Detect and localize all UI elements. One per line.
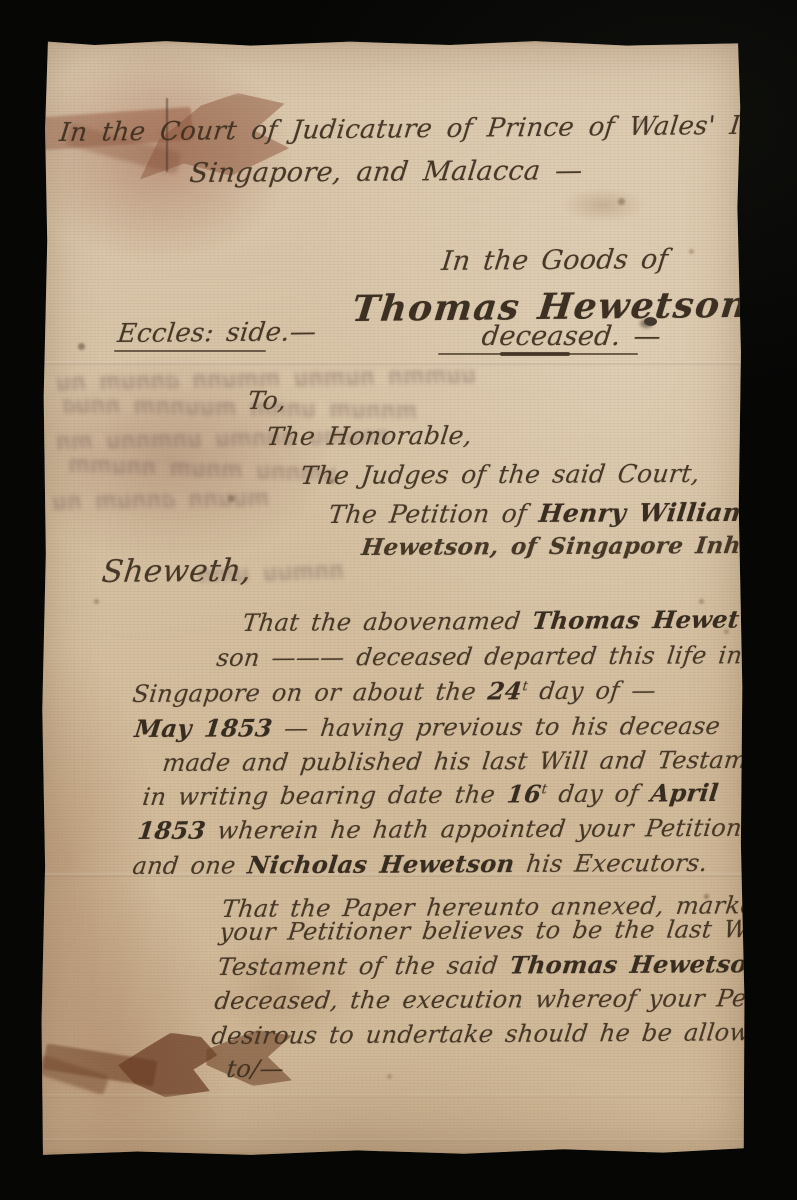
deceased-name-inline: Thomas Hewet (531, 605, 741, 635)
body-line: May 1853 — having previous to his deceas… (133, 711, 722, 743)
body-line: Testament of the said Thomas Hewetson (216, 949, 766, 981)
body-line: and one Nicholas Hewetson his Executors. (131, 848, 709, 880)
cause-title-deceased: deceased. — (480, 321, 663, 352)
body-text: day of — (526, 676, 658, 705)
date-year: 1853 (136, 816, 207, 845)
date-month-year: May 1853 (133, 713, 274, 743)
ribbon-stain-bottom-band (43, 1043, 158, 1086)
body-line: in writing bearing date the 16t day of A… (141, 778, 720, 811)
address-honorable: The Honorable, (265, 421, 474, 451)
date-month: April (649, 778, 720, 807)
court-heading-line2: Singapore, and Malacca — (188, 155, 584, 189)
cause-title-line1: In the Goods of (440, 244, 670, 277)
ribbon-stain-bottom-tail (37, 1055, 110, 1096)
show-through-line: umnnu mnum nnumm (68, 451, 338, 486)
body-text: That the abovenamed (241, 607, 534, 637)
body-line: your Petitioner believes to be the last … (218, 915, 797, 946)
body-line: deceased, the execution whereof your Pet… (213, 984, 797, 1015)
margin-note-underline (114, 350, 266, 352)
body-line: made and published his last Will and Tes… (161, 746, 789, 777)
body-line: son ——— deceased departed this life in (215, 641, 744, 672)
fold-crease-bottom-edge (38, 1138, 748, 1142)
address-petitioner: The Petition of Henry William (327, 498, 751, 529)
deceased-name-inline: Thomas Hewetson (508, 949, 766, 979)
executor-name: Nicholas Hewetson (246, 849, 516, 879)
address-to: To, (246, 386, 288, 415)
address-petitioner-pre: The Petition of (327, 499, 541, 529)
body-text: and one (131, 851, 249, 880)
body-text: wherein he hath appointed your Petitione… (204, 814, 770, 845)
date-day: 16 (505, 779, 542, 808)
foxing-specks (38, 40, 41, 43)
petitioner-name: Henry William (537, 498, 751, 528)
margin-note-eccles: Eccles: side.— (116, 317, 318, 349)
deceased-underline-thick (500, 352, 570, 356)
body-line: Singapore on or about the 24t day of — (131, 675, 658, 708)
show-through-line: muunn annum nu (52, 485, 270, 515)
catchword: to/— (225, 1055, 286, 1083)
document-page: uummn numnu mmunn annum nu mnnum unnm mu… (38, 40, 748, 1156)
body-line: 1853 wherein he hath appointed your Peti… (136, 813, 770, 845)
body-line: desirous to undertake should he be allow… (210, 1018, 782, 1050)
address-petitioner-2: Hewetson, of Singapore Inhabitant. (360, 531, 797, 561)
date-day: 24 (486, 676, 523, 705)
body-text: — having previous to his decease (271, 712, 722, 742)
ribbon-stain-bottom-knot (116, 1030, 220, 1101)
show-through-line: mnnum unnm muunnm nnua (62, 392, 418, 424)
fold-crease-lower (38, 1094, 748, 1098)
body-line: That the abovenamed Thomas Hewet (241, 605, 741, 637)
body-text: Testament of the said (216, 951, 512, 981)
body-text: day of (545, 779, 652, 808)
exhibit-mark-A: A. (783, 877, 797, 922)
body-text: his Executors. (513, 849, 709, 878)
body-text: in writing bearing date the (141, 780, 509, 811)
court-heading-line1: In the Court of Judicature of Prince of … (58, 110, 797, 148)
sheweth-heading: Sheweth, (100, 553, 253, 590)
address-judges: The Judges of the said Court, (299, 459, 702, 490)
body-text: Singapore on or about the (131, 678, 490, 708)
